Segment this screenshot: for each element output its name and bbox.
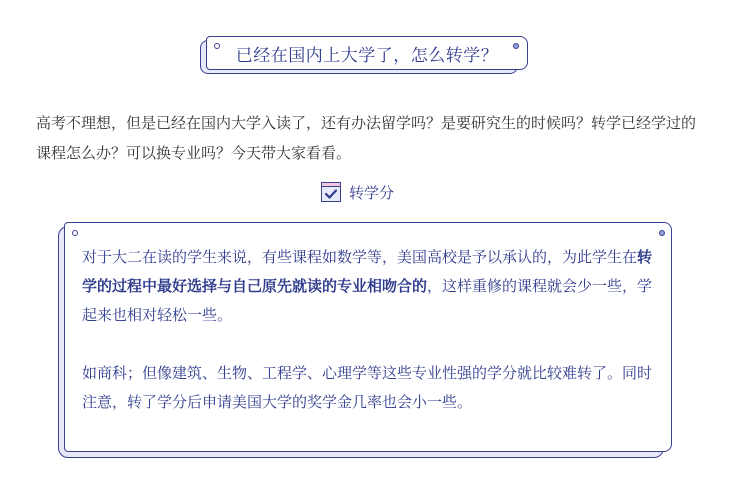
section-label: 转学分 xyxy=(349,182,394,203)
dot-decoration-icon xyxy=(214,43,220,49)
content-card: 对于大二在读的学生来说，有些课程如数学等，美国高校是予以承认的，为此学生在转学的… xyxy=(58,222,672,458)
card-paragraph-1: 对于大二在读的学生来说，有些课程如数学等，美国高校是予以承认的，为此学生在转学的… xyxy=(82,243,654,330)
card-paragraph-1-start: 对于大二在读的学生来说，有些课程如数学等，美国高校是予以承认的，为此学生在 xyxy=(82,248,637,266)
card-body: 对于大二在读的学生来说，有些课程如数学等，美国高校是予以承认的，为此学生在转学的… xyxy=(82,243,654,446)
content-card-front-layer: 对于大二在读的学生来说，有些课程如数学等，美国高校是予以承认的，为此学生在转学的… xyxy=(64,222,672,452)
title-badge-front-layer: 已经在国内上大学了，怎么转学？ xyxy=(206,36,528,70)
intro-paragraph: 高考不理想，但是已经在国内大学入读了，还有办法留学吗？是要研究生的时候吗？转学已… xyxy=(36,108,706,168)
dot-decoration-icon xyxy=(513,43,519,49)
dot-decoration-icon xyxy=(659,230,665,236)
section-heading: 转学分 xyxy=(321,180,394,204)
card-paragraph-2: 如商科；但像建筑、生物、工程学、心理学等这些专业性强的学分就比较难转了。同时注意… xyxy=(82,359,654,417)
page-title: 已经在国内上大学了，怎么转学？ xyxy=(236,41,499,66)
checkbox-checked-icon xyxy=(321,182,341,202)
dot-decoration-icon xyxy=(72,230,78,236)
title-badge: 已经在国内上大学了，怎么转学？ xyxy=(200,36,528,74)
